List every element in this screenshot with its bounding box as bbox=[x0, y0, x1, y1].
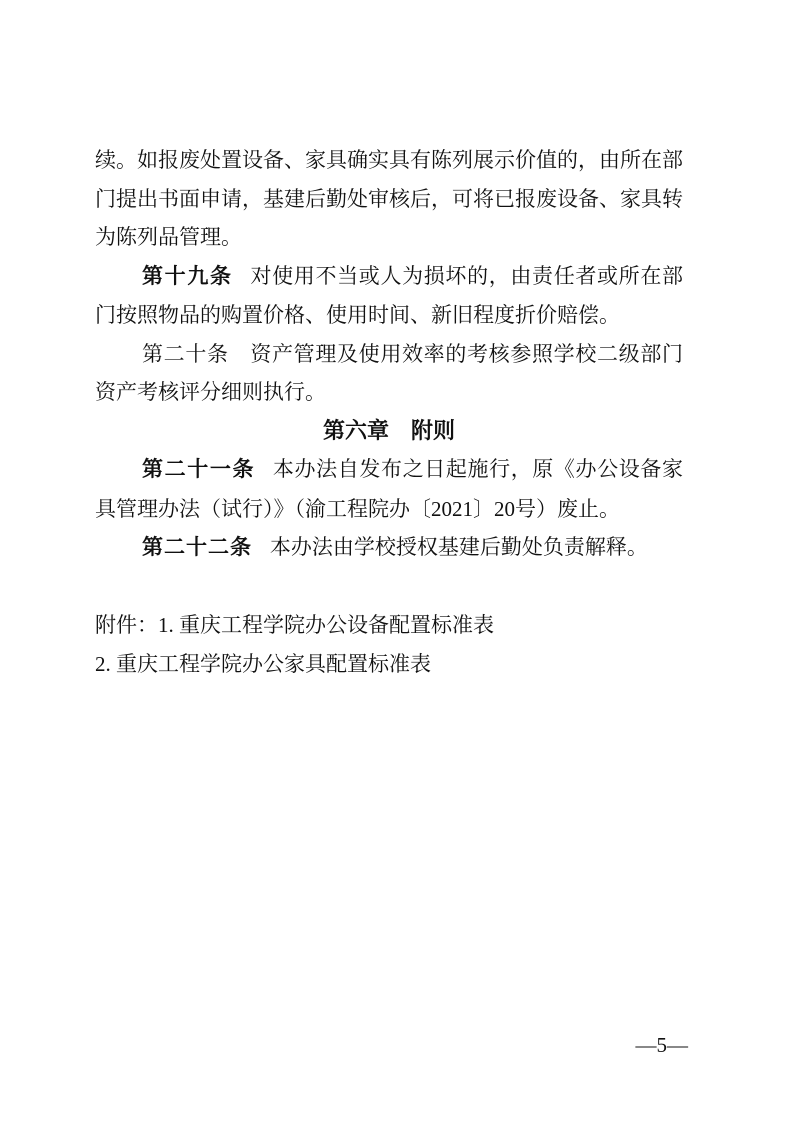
paragraph-article-19: 第十九条对使用不当或人为损坏的，由责任者或所在部门按照物品的购置价格、使用时间、… bbox=[95, 257, 683, 335]
article-22-term: 第二十二条 bbox=[142, 536, 252, 559]
paragraph-article-20: 第二十条 资产管理及使用效率的考核参照学校二级部门资产考核评分细则执行。 bbox=[95, 335, 683, 412]
article-19-term: 第十九条 bbox=[142, 265, 233, 288]
chapter-heading: 第六章 附则 bbox=[95, 412, 683, 451]
paragraph-article-21: 第二十一条本办法自发布之日起施行，原《办公设备家具管理办法（试行）》（渝工程院办… bbox=[95, 450, 683, 528]
attachment-list: 附件：1. 重庆工程学院办公设备配置标准表 2. 重庆工程学院办公家具配置标准表 bbox=[95, 606, 683, 683]
paragraph-continuation: 续。如报废处置设备、家具确实具有陈列展示价值的，由所在部门提出书面申请，基建后勤… bbox=[95, 141, 683, 257]
attachment-item-1-text: 1. 重庆工程学院办公设备配置标准表 bbox=[158, 613, 494, 637]
attachment-label: 附件： bbox=[95, 613, 158, 637]
document-body: 续。如报废处置设备、家具确实具有陈列展示价值的，由所在部门提出书面申请，基建后勤… bbox=[95, 141, 683, 683]
attachment-item-2: 2. 重庆工程学院办公家具配置标准表 bbox=[95, 645, 683, 684]
page-number: —5— bbox=[636, 1033, 689, 1057]
attachment-item-1: 附件：1. 重庆工程学院办公设备配置标准表 bbox=[95, 606, 683, 645]
article-22-text: 本办法由学校授权基建后勤处负责解释。 bbox=[270, 535, 648, 559]
document-page: 续。如报废处置设备、家具确实具有陈列展示价值的，由所在部门提出书面申请，基建后勤… bbox=[0, 0, 794, 1122]
paragraph-article-22: 第二十二条本办法由学校授权基建后勤处负责解释。 bbox=[95, 528, 683, 568]
article-21-term: 第二十一条 bbox=[142, 458, 255, 481]
